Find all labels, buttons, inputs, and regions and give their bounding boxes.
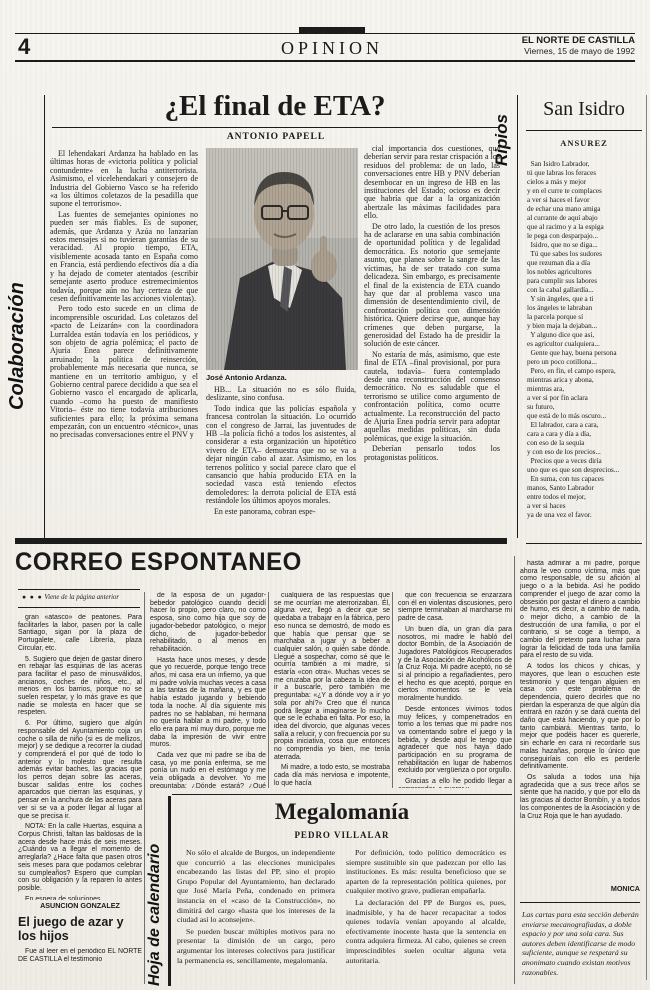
poem-line: Y alguno dice que así, — [527, 331, 645, 340]
megalomania-title: Megalomanía — [176, 799, 508, 825]
kicker-vertical-rule-left — [44, 95, 45, 538]
continuation-text: Viene de la página anterior — [44, 594, 119, 601]
continuation-marker: ● ● ● Viene de la página anterior — [22, 594, 140, 601]
photo-caption: José Antonio Ardanza. — [206, 373, 358, 382]
letters-col-rule-1 — [144, 592, 145, 984]
paragraph: que con frecuencia se enzarzara con él e… — [398, 592, 512, 623]
paragraph: En espera de soluciones. — [18, 896, 142, 900]
section-marker-bar — [299, 27, 365, 34]
poem-line: a ver si por fin aclara — [527, 394, 645, 403]
paragraph: Todo indica que las policías española y … — [206, 405, 356, 506]
kicker-ripios: Ripios — [492, 96, 512, 166]
continuation-rule-bottom — [18, 607, 140, 608]
paragraph: Un buen día, un gran día para nosotros, … — [398, 626, 512, 703]
poem-line: con la cabal gallardía... — [527, 286, 645, 295]
header-bottom-rule — [15, 60, 635, 62]
paragraph: Las fuentes de semejantes opiniones no p… — [50, 211, 198, 303]
letters-col-rule-3 — [392, 592, 393, 788]
paragraph: HB... La situación no es sólo fluida, de… — [206, 386, 356, 403]
sanisidro-bottom-rule — [526, 543, 642, 544]
paragraph: gran «atasco» de peatones. Para facilita… — [18, 614, 142, 653]
paragraph: Hasta hace unos meses, y desde que yo re… — [150, 657, 266, 749]
paragraph: Pero todo esto sucede en un clima de inc… — [50, 305, 198, 440]
article-headline: ¿El final de ETA? — [60, 90, 490, 123]
article-byline: ANTONIO PAPELL — [52, 132, 500, 142]
letters-column-4: que con frecuencia se enzarzara con él e… — [398, 592, 512, 788]
paragraph: No sólo el alcalde de Burgos, un indepen… — [177, 848, 335, 925]
paragraph: De otro lado, la cuestión de los presos … — [364, 223, 500, 349]
paragraph: En este panorama, cobran espe- — [206, 508, 356, 516]
paragraph: La declaración del PP de Burgos es, pues… — [346, 898, 506, 965]
paragraph: Mi madre, a todo esto, se mostraba cada … — [274, 764, 390, 787]
paragraph: Fue al leer en el periódico EL NORTE DE … — [18, 948, 142, 963]
paragraph: cial importancia dos cuestiones, que deb… — [364, 145, 500, 221]
newspaper-page: 4 OPINION EL NORTE DE CASTILLA Viernes, … — [0, 0, 650, 990]
poem-line: y bien maja la dejaban... — [527, 322, 645, 331]
letters-col-rule-4 — [514, 556, 515, 984]
letter1-signature: ASUNCION GONZALEZ — [18, 901, 142, 910]
poem-line: los nobles agricultores — [527, 268, 645, 277]
sanisidro-byline: ANSUREZ — [524, 138, 644, 148]
poem-line: mientras ara, — [527, 385, 645, 394]
paragraph: 6. Por último, sugiero que algún respons… — [18, 720, 142, 820]
paragraph: Cada vez que mi padre se iba de casa, yo… — [150, 752, 266, 788]
ripios-vertical-rule — [517, 95, 518, 538]
poem-line: ya de una vez el favor. — [527, 511, 645, 520]
poem-line: cara a cara y día a día, — [527, 430, 645, 439]
poem-line: El labrador, cara a cara, — [527, 421, 645, 430]
paragraph: Os saluda a todos una hija agradecida qu… — [520, 774, 640, 820]
paragraph: A todos los chicos y chicas, y mayores, … — [520, 663, 640, 771]
letters-column-5: hasta admirar a mi padre, porque ahora l… — [520, 560, 640, 890]
megalomania-top-rule — [172, 794, 512, 795]
poem-line: de echar una mano amiga — [527, 205, 645, 214]
poem-line: que al racimo y a la espiga — [527, 223, 645, 232]
poem-line: Isidro, que no se diga... — [527, 241, 645, 250]
poem-line: En suma, con tus capaces — [527, 475, 645, 484]
paragraph: Gracias a ello he podido llegar a compre… — [398, 778, 512, 788]
poem-line: Precios que a veces diría — [527, 457, 645, 466]
page-edge-rule — [646, 95, 647, 980]
poem-line: es agricultor cualquiera... — [527, 340, 645, 349]
kicker-hoja-de-calendario: Hoja de calendario — [146, 800, 164, 986]
poem-line: tú que labras los feraces — [527, 169, 645, 178]
sanisidro-rule — [526, 130, 642, 131]
section-title: OPINION — [200, 38, 464, 59]
poem-line: Pero, en fin, el campo espera, — [527, 367, 645, 376]
headline-rule — [52, 127, 500, 128]
poem-line: mientras arica y abona, — [527, 376, 645, 385]
paragraph: hasta admirar a mi padre, porque ahora l… — [520, 560, 640, 660]
dateline: Viernes, 15 de mayo de 1992 — [455, 46, 635, 56]
photo-ardanza — [206, 148, 358, 370]
kicker-colaboracion: Colaboración — [6, 150, 29, 410]
megalomania-left-bar — [168, 796, 171, 986]
sanisidro-title: San Isidro — [524, 98, 644, 121]
page-number: 4 — [18, 34, 30, 60]
paragraph: Deberían pensarlo todos los protagonista… — [364, 445, 500, 462]
megalomania-byline: PEDRO VILLALAR — [176, 830, 508, 840]
paragraph: de la esposa de un jugador-bebedor patol… — [150, 592, 266, 654]
poem-line: entre todos el mejor, — [527, 493, 645, 502]
note-rule — [520, 902, 640, 903]
poem-line: su futuro, — [527, 403, 645, 412]
megalomania-column-1: No sólo el alcalde de Burgos, un indepen… — [177, 848, 335, 986]
continuation-rule-top — [18, 589, 140, 590]
paragraph: Desde entonces vivimos todos muy felices… — [398, 706, 512, 775]
paragraph: 5. Sugiero que dejen de gastar dinero en… — [18, 656, 142, 718]
letters-column-1: gran «atasco» de peatones. Para facilita… — [18, 614, 142, 900]
correo-top-bar — [15, 538, 507, 544]
paragraph: Por definición, todo político democrátic… — [346, 848, 506, 896]
poem-line: Tú que sabes los sudores — [527, 250, 645, 259]
sanisidro-poem: San Isidro Labrador,tú que labras los fe… — [527, 160, 645, 532]
megalomania-column-2: Por definición, todo político democrátic… — [346, 848, 506, 986]
paragraph: El lehendakari Ardanza ha hablado en las… — [50, 150, 198, 209]
poem-line: Y sin ángeles, que a ti — [527, 295, 645, 304]
article-column-3: cial importancia dos cuestiones, que deb… — [364, 145, 500, 582]
poem-line: pero un poco cotillona... — [527, 358, 645, 367]
paragraph: No estaría de más, asimismo, que este fi… — [364, 351, 500, 443]
letters-col-rule-2 — [268, 592, 269, 788]
halftone-overlay — [206, 148, 358, 370]
poem-line: la parcela porque sí — [527, 313, 645, 322]
letter2-headline: El juego de azar y los hijos — [18, 916, 128, 943]
poem-line: a ver si haces el favor — [527, 196, 645, 205]
poem-line: uno que es que son desprecios... — [527, 466, 645, 475]
poem-line: para cumplir sus labores — [527, 277, 645, 286]
poem-line: a ver si haces — [527, 502, 645, 511]
correo-title: CORREO ESPONTANEO — [15, 548, 302, 577]
article-column-1: El lehendakari Ardanza ha hablado en las… — [50, 150, 198, 582]
poem-line: que está de lo más oscuro... — [527, 412, 645, 421]
paragraph: cualquiera de las respuestas que se me o… — [274, 592, 390, 761]
poem-line: Gente que hay, buena persona — [527, 349, 645, 358]
letters-column-2: de la esposa de un jugador-bebedor patol… — [150, 592, 266, 788]
letters-column-3: cualquiera de las respuestas que se me o… — [274, 592, 390, 788]
editor-note: Las cartas para esta sección deberán env… — [522, 910, 640, 977]
continuation-bullets: ● ● ● — [22, 594, 43, 601]
letters-column-1-tail: Fue al leer en el periódico EL NORTE DE … — [18, 948, 142, 984]
poem-line: le pega con desparpajo... — [527, 232, 645, 241]
poem-line: con eso de la sequía — [527, 439, 645, 448]
poem-line: al currante de aquí abajo — [527, 214, 645, 223]
poem-line: manos, Santo Labrador — [527, 484, 645, 493]
poem-line: cielos a más y mejor — [527, 178, 645, 187]
paragraph: NOTA: En la calle Huertas, esquina a Cor… — [18, 823, 142, 892]
paragraph: Se pueden buscar múltiples motivos para … — [177, 927, 335, 965]
poem-line: y con eso de los precios... — [527, 448, 645, 457]
letter3-signature: MONICA — [520, 884, 640, 893]
poem-line: los ángeles te labraban — [527, 304, 645, 313]
poem-line: que rezuman día a día — [527, 259, 645, 268]
poem-line: San Isidro Labrador, — [527, 160, 645, 169]
masthead: EL NORTE DE CASTILLA — [455, 35, 635, 46]
poem-line: y en el curre te complaces — [527, 187, 645, 196]
